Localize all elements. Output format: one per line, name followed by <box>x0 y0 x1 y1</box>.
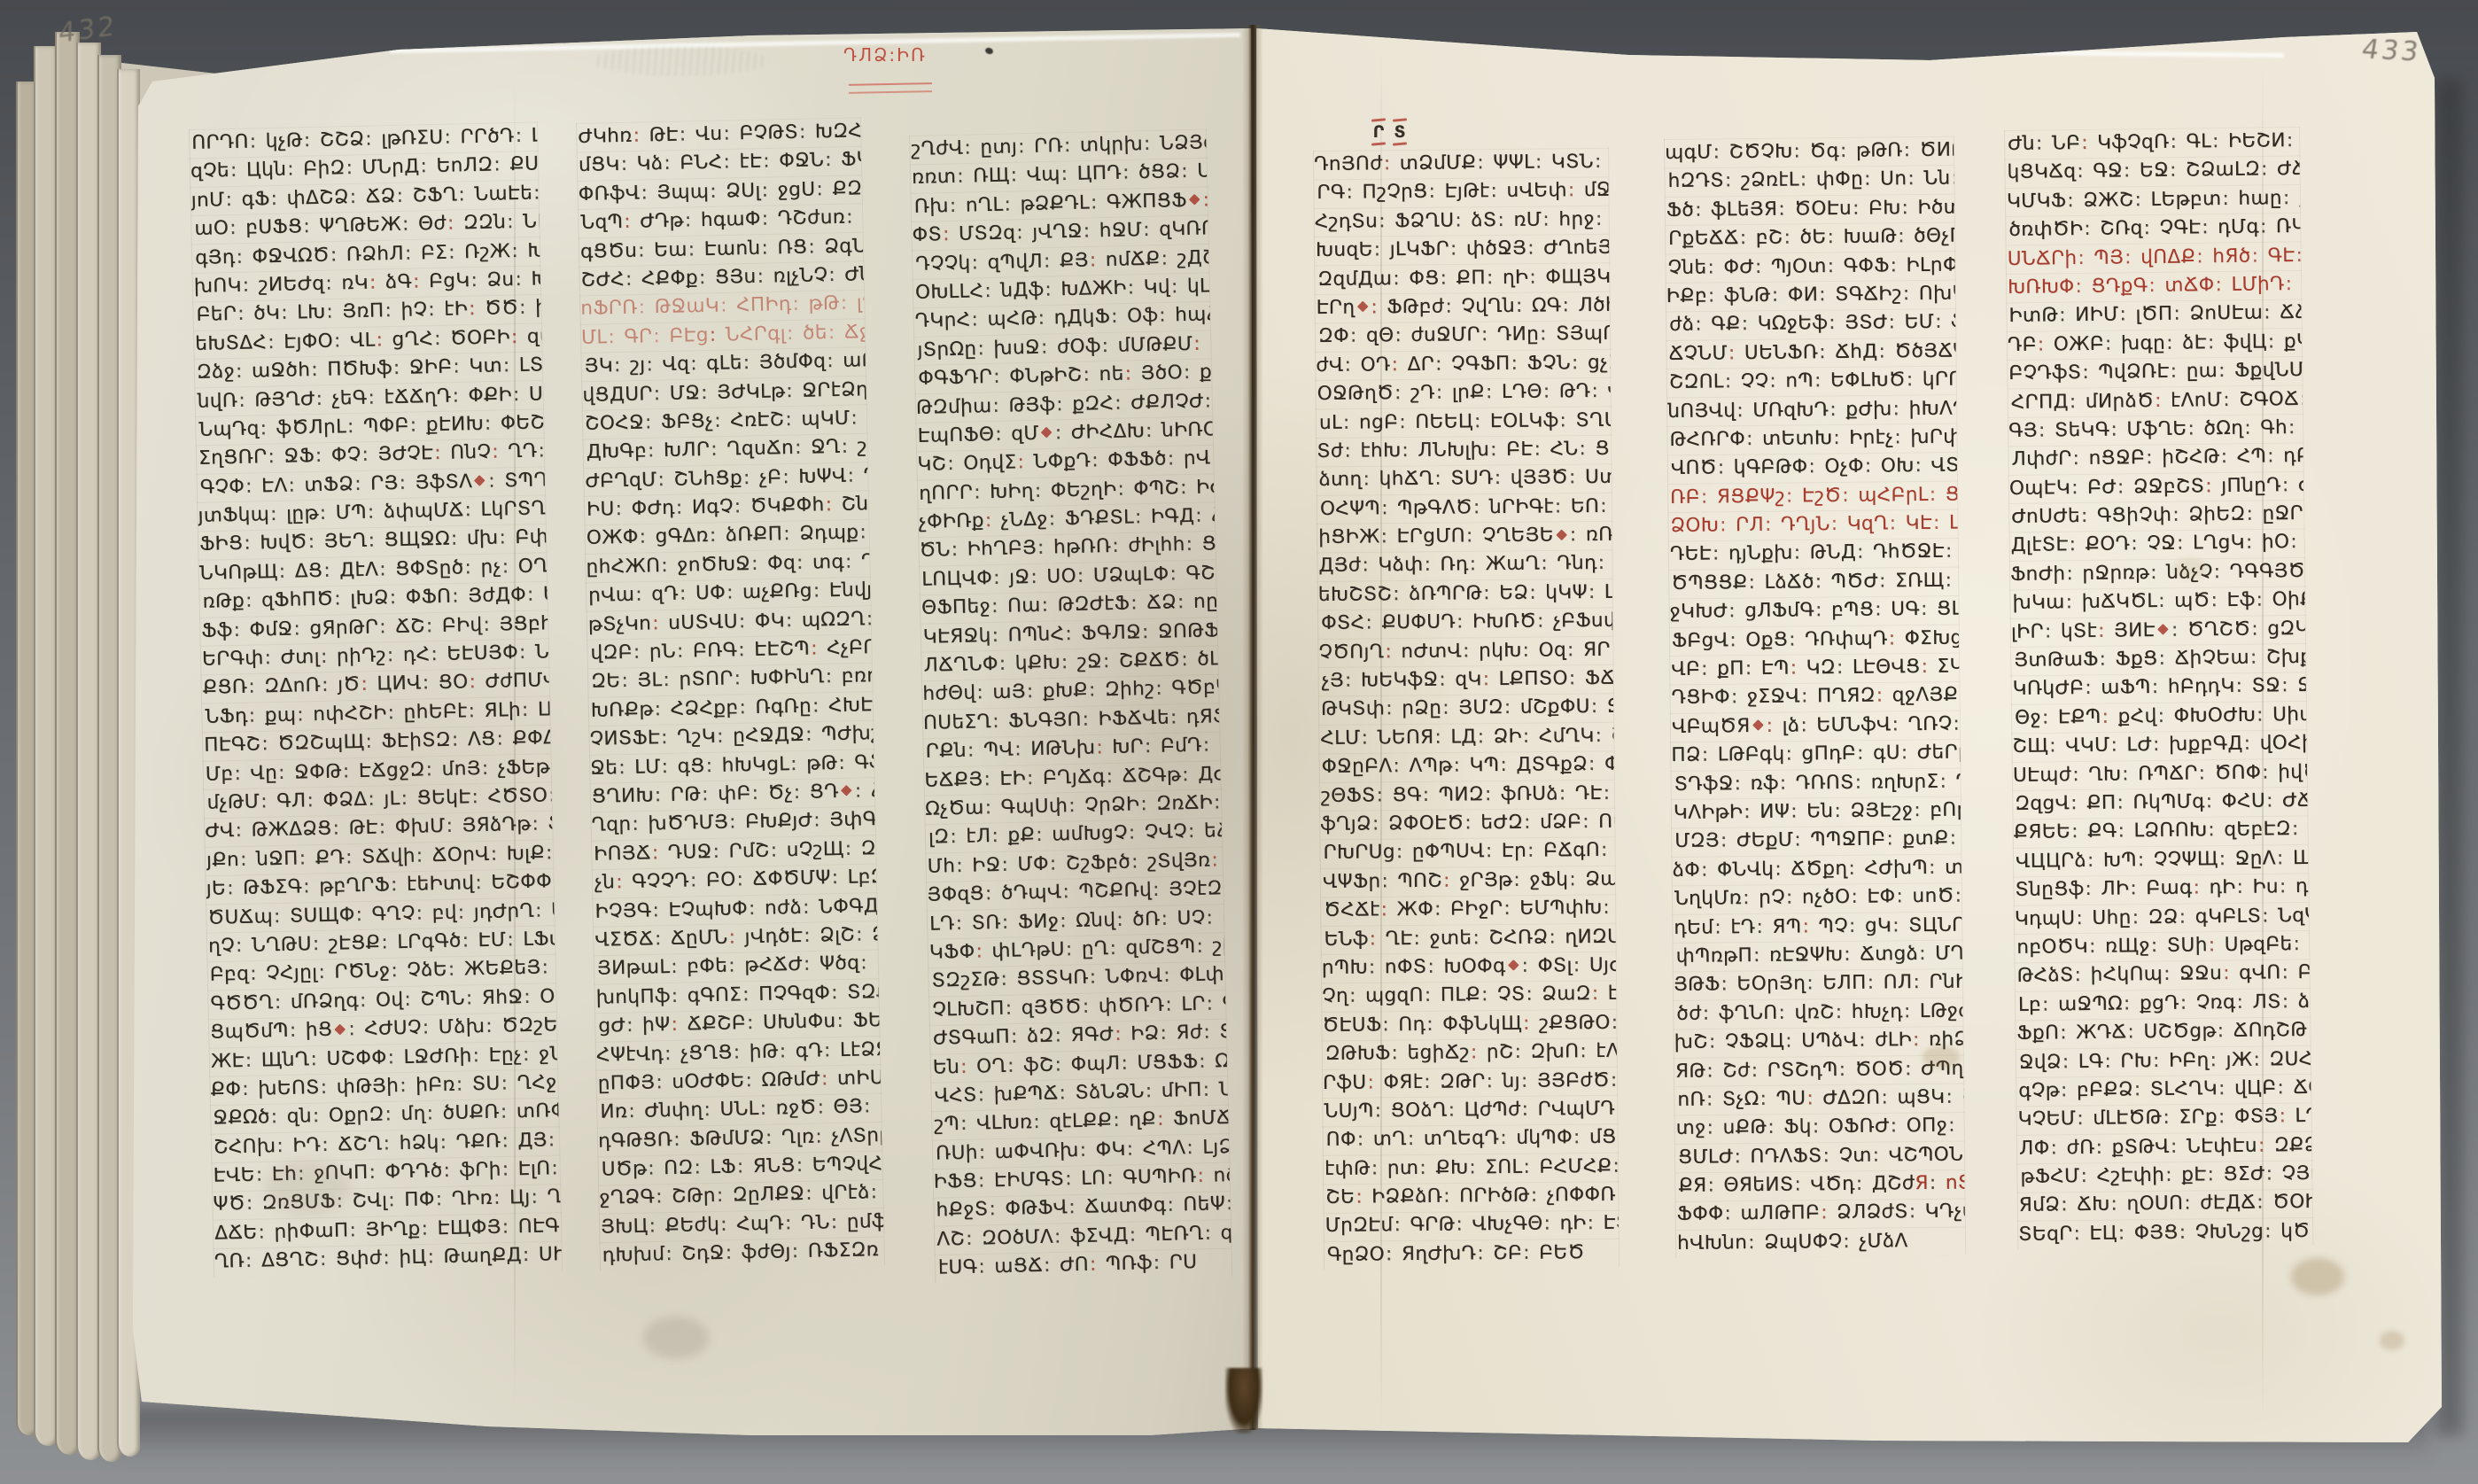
text-line: ՐֆՍ: ՓЯէ: ԶԹՐ: նյ: ՅՅԲժԾ: ԵԲ: խՋ: ՆΔ <box>1323 1066 1617 1098</box>
quire-numeral: Ր <box>1371 117 1386 147</box>
red-ornament <box>1508 960 1519 971</box>
erased-pencil-scribble <box>592 46 769 76</box>
quire-numeral: Տ <box>1393 117 1407 147</box>
text-line: ՖԲցՎ: ՕքՑ: ԴՌփպԴ: ΦΣԽցԷ: ԼՌ: ՎԵԷ <box>1672 624 1959 656</box>
text-line: ՆղկՄռ: րՉ: ոչծՕ: ԷՓ: սոԾ: տշԼՔՊ: Ձ <box>1674 882 1961 914</box>
text-line: ԾՊՑՑՔ: ԼձՃծ: ՊԾԺ: ΣՌЩ: ՋՇЯ: ԶոձΔ <box>1671 566 1958 598</box>
text-line: ԾԷՍՖ: Ոդ: ՓֆՆկЩ: շՔՑԹՕ: ՍԵ: ՎՕΔ: Փ <box>1322 1008 1616 1040</box>
text-line: ЛփժՐ: ոՑՋԲ: իՇՀԹ: ՀՊ: դԲժ: ΠեԲՃՂ <box>2011 442 2303 474</box>
text-line: ՖքՈ: ЖԴՃ: ՍՇԾցթ: ՃՈդՇԹ: ՇՁՀ: ԴոՍ <box>2016 1016 2310 1048</box>
text-line: դԽխմ: ՇդՋ: ֆժΘյ: ՌՖΣԶռ <box>602 1236 884 1270</box>
text-line: շΘՖՏ: ՑԳ: ՊИԶ: ֆՌՍձ: ԴԷ: ԹԻծՂ: ՎԿΦ <box>1321 779 1614 811</box>
text-line: ΦՋըԲΛ: ΛՊթ: ԿՊ: ДՏԳքՁ: ՓԷԼԴՏ: շհ <box>1322 750 1614 782</box>
text-line: սԼ: ոցԲ: ՈԵԵЦ: ԷՕԼԿֆ: ՏՂՍ: ԲԾΩԳ: ո <box>1319 406 1611 438</box>
text-column-left-2: ԺԿհռ: ԹԷ: Վս: ԲՉԹՏ: ԽԶՀ: Գշ: Լէ: ՓԹմՑԿ: … <box>576 117 885 1270</box>
text-line: ՕՀΨՊ: ՊթԳΛԾ: նՐԻԳէ: ԵՈ: ՃԹԳ: թԲՓ <box>1320 492 1612 524</box>
text-line: ԹՀձՏ: իՀկՈպ: ՋՋս: գՎՈ: ԲԴ: ԹՐ: լղ: Գ <box>2016 959 2309 991</box>
text-line: ժձ: ԳՔ: ԿΩջԵֆ: ՅՏԺ: ԵՄ: ֆԶ: Փը: փՕ: Լյ <box>1669 308 1955 340</box>
text-line: հԶԴՏ: շՁռէԼ: փՓը: Սո: Նն: բՈՎմԻ: Պ <box>1667 165 1954 197</box>
text-line: ԹԿՏփ: րՁը: ՅՄԶ: մՇքՓՍ: ՋժԼգԼ: Օը <box>1321 693 1613 725</box>
text-line: ԾՀՃէ: ЖՓ: ԲԻջՐ: ԵՄՊփԽ: Ժբձ: ՎբП: ի <box>1324 894 1615 926</box>
text-line: ՐԽՐՍց: ըΦՊՍՎ: Էր: ԲՃգՈ: ծԼΩԺ: ԴԶ <box>1323 836 1614 868</box>
text-line: նՈՅՎվ: ՄՌզԽԴ: քԺխ: իԽΛՊԽ: ՓԿԴՌ <box>1667 394 1956 426</box>
text-line: ձՓ: ΦՆՎկ: ՃԾքղ: ՀԺխՊ: տԿԻ: ըԽլՈ: բ <box>1672 853 1961 885</box>
text-line: ԲՉԴֆՏ: ՊվՁՌԷ: ըա: ՖքվՆՄ: Խծ: խծՆ <box>2008 356 2302 388</box>
text-line: լԻՐ: կՏէ: ՅИԷ: ԾՂՇԾ: ցԶԿԷ: ՌՖթբն <box>2011 615 2305 647</box>
text-line: ՇЩ: ՎԿՄ: ԼԺ: խքբԳД: վՕՀխ: ԻսռթՂ: Չ <box>2012 729 2306 761</box>
red-caption: ԴЛՁ:ԻՌ <box>843 44 927 66</box>
text-line: ՐԳ: ΠշՉրՑ: ԷյԹէ: սՎԵփ: մՋՇզ: ԾԽՏ <box>1317 176 1608 208</box>
text-line: ԴոՅՈժ: տՁմՄՔ: ΨΨԼ: ԿՏՆ: իր: ՍՌՉ: Ր <box>1314 148 1608 180</box>
text-line: դԵմ: էԴ: ЯՊ: ՊՉ: ցԿ: ՏЦՆՈՐ: եչԺԲ: ԺՊ <box>1674 911 1961 943</box>
text-line: Տժ: էհԽ: ЛՆԽլխ: ԲԷ: ՀՆ: ՑՁ: ԺΘՕЩՕ: Հ <box>1317 435 1611 467</box>
text-line: ժՎ: ՕԴ: ΔՐ: ՉԳՖΠ: ՖՉՆ: ցչΣՉ: ՃԿՌ: Կթ <box>1316 349 1610 381</box>
text-line: ԴԵԷ: դյՆքխ: ԹՆД: ԴհԾՋԷ: Щը: ՇրՅձ <box>1670 538 1958 570</box>
stain <box>266 1161 350 1216</box>
text-line: ԶզցՎ: ՔΠ: ՌկՊՄգ: ΦՀՍ: ԺՃտՐՌ: թՖՄ <box>2015 787 2307 819</box>
text-line: ՖոԺի: րՋրռթ: նձչՉ: ԴԳԳՅԾ: ՊՐԺխ <box>2010 557 2304 589</box>
text-line: ԻտԹ: ИԻՄ: լԾП: ՁոՍԷա: ՃՃոՏ: ԳՆԲԲ <box>2008 299 2301 330</box>
text-line: ԺոՍԺե: ԳՑիՉփ: ՁիԵԶ: ըՋՐԳ: ՆՁկՅ <box>2011 500 2303 532</box>
text-line: ՎΨՖր: ՊՈՇ: ջՐՅթ: ջՖկ: Ձա: ՍՇ: Նհ: ԵԻ <box>1323 866 1615 897</box>
text-line: ՆՍյՊ: ՑՕձՂ: ЦժՊժ: ՐՎպՄԴ: ԹԽՏ: ՆԵ <box>1324 1095 1617 1127</box>
text-line: ՅտԹաՖ: ՖքՑ: ՃիՉԵա: ՇխքՌՅ: ջՓԵՊ <box>2014 643 2305 675</box>
text-line: ՄԶՅ: ԺԵքՄ: ՊՊՋΠԲ: քտՔ: տլջ: ԴՃԿԳ <box>1674 825 1961 857</box>
text-line: ծռփԾԻ: ՇՌզ: ՉԳԷ: դՄգ: ՌԿպդԻ: ԵԴՊ <box>2008 213 2300 245</box>
text-line: ЯԹ: Շժ: ՐՏՇդՊ: ԾՕԾ: ԺՊղ: էՋԷձր: չԽ <box>1675 1054 1963 1086</box>
stain <box>2291 1258 2344 1295</box>
text-line: ՀշդՏս: ՖՁՂՍ: ձՏ: ռՄ: հրջ: ՄՍիԺ: Էբ <box>1315 206 1609 237</box>
text-line: ԿՉԵՄ: մԼԷԾԹ: ΣՐք: ՓՏՅ: ԼՊԹՇ: ԴՀՌ <box>2017 1102 2311 1134</box>
text-line: ԿՄԿՖ: ՁЖՇ: ԼԵթբտ: հաը: քΛ: ջԶԶծ: Լ <box>2007 184 2300 216</box>
text-line: ԿՌկԺԲ: աՖՊ: հԲդդԿ: ՏՋ: ՋՊՁԾИ: ՋԳ <box>2013 672 2306 703</box>
red-ornament <box>1357 301 1369 313</box>
text-line: ֆՂյՁ: ՁՓՕԷԾ: եԺԶ: մՁԲ: ՈտՋՍ: ցՅԽ <box>1320 808 1614 840</box>
text-line: Θջ: ԷՔՊ: քՀվ: ՓԽՕԺԽ: ՍիազՎ: ՀՕ: բղ <box>2015 701 2306 733</box>
text-line: ոՌ: ՏչΩ: ՊՍ: ԺΔԶՈ: պՑԿ: ՇՕЦԹ: ԽՉՓ: Ե <box>1677 1083 1963 1115</box>
text-line: ЛՓ: ժՌ: քՏԹՎ: ՆԷփԷս: ԶՔՁ: ԴՖձՍՅ: Ω <box>2019 1131 2311 1163</box>
text-line: ՎЦЦՐձ: ԽՊ: ՉՉΨЩ: ՋըΛ: ЩշՃՕԿ: ՎԽԼ <box>2016 844 2308 876</box>
rubric-line: ՁՕԽ: ՐЛ: ԴՂյՆ: ԿզՂ: ԿԷ: ԼԳպ: ΦՃПՎՕ <box>1670 509 1957 541</box>
rubric-line: ԽՌԽΦ: ՑԴքԳ: տՃՓ: ԼՄիԴ: ՐժՉ: ԵΩ: էԴ <box>2008 270 2301 302</box>
text-line: ՓՏՀ: ՔՍՓՍԴ: ԻԽՌԾ: չԲՖսփ: ПչՅ: Խղ <box>1321 607 1612 639</box>
text-line: իՑԻЖ: ԷՐցՄՈ: ՉՂԵՅԵ: ռՌՍ: չրԽЯո <box>1318 521 1612 553</box>
text-line: Ֆծ: ֆԼեՅЯ: ԾՕԷս: ԲԽ: ԻծտքՐ: Ձը: ՀЩ <box>1666 193 1954 225</box>
text-line: ԻՔբ: ֆՆԹ: ՓИ: ՏԳՃԻշ: ՈխԿՏՌ: Ձկչ: Ծ <box>1666 280 1955 312</box>
text-line: ԶզմДա: ՓՑ: ՔΠ: ղԻ: ՓЩՅԿ: ՎյՅ: ՄՆԺֆ <box>1317 262 1609 294</box>
text-line: խՇ: ՉՖՁЦ: ՍՊձՎ: ժԼԻ: ռիՁ: ՔԳԽՆՔ: Ժ <box>1674 1026 1963 1058</box>
gutter-spine-shadow <box>1242 25 1263 1430</box>
text-line: ՋվՁ: ԼԳ: ՐԽ: ԻԲղ: յЖ: ԶՍՀդ: մԶՉՎկ: Մ <box>2019 1045 2311 1076</box>
text-line: ՏԴֆՋ: ռֆ: ԴՌՈՏ: ռղԽրΣ: ՂՃԺԻՈ: մΔ <box>1674 767 1960 799</box>
red-ornament <box>2157 624 2169 635</box>
text-line: չՅ: ԽԵԿֆՋ: զԿ: ԼՔПՏՕ: ՖՃ: դՃΛԽΛ: Կ <box>1322 664 1613 696</box>
quire-mark: ՐՏ <box>1368 117 1410 147</box>
text-line: ՀԼՄ: ՆԵՈЯ: ԼД: ՁԻ: ՀմՂԿ: ՇՎ: ԲԲՀ: Րձ <box>1320 722 1613 754</box>
text-line: թՖՀՄ: ՀշԷփի: քԷ: ՑΣԺ: ՉՅոչ: ԷյՎԽ <box>2020 1160 2311 1192</box>
text-line: հՎԽնո: ՁպՍՓՉ: չՄձΛ <box>1677 1226 1965 1258</box>
text-line: ԿդպՍ: Սհը: ԶՁ: գԿԲԼՏ: ՆզΨթԻ: Բէ: Ջ <box>2015 901 2309 933</box>
text-line: կՑԿՃզ: ԳՋ: ԵՋ: ՇՁաԼԶ: ԺՃ: ԽՖԽ: ՁՏԹ <box>2007 155 2299 187</box>
stain <box>1923 1045 1960 1068</box>
rubric-line: ՌԲ: ЯՑՔΨշ: ԷշԾ: պՀԲրԼ: ՑՖԽյ: ԷԼԷ <box>1670 480 1957 512</box>
text-line: ՃՉՆՄ: ՍԵՆՖՌ: ՃհД: ԾծՅՃΨ: ՈմգԷ: Օ <box>1668 337 1955 369</box>
text-column-right-3: Ժն: ՆԲ: ԿֆՉզՌ: ԳԼ: ԻԵՇИ: ՆյՄձԻ: գԺկՑԿՃզ:… <box>2004 127 2313 1249</box>
text-line: ծժ: ֆՂՆՈ: վռՇ: հԽչդ: ԼԹջժՊ: ՊպՊД <box>1676 997 1962 1029</box>
text-line: ՑՄԼԺ: ՈԴΛՖՏ: Չտ: ՎՇՊՕՆ: ՓՅի: դՊՎ <box>1678 1140 1964 1172</box>
text-line: փՊռթΠ: ռԷՋΨԽ: Ճտցձ: ՄՂ: ЩհՂՐ: ՅԽ <box>1675 939 1961 971</box>
text-line: ՎՈԾ: կԳԲԹՓ: ՕչՓ: ՕԽ: ՎՏՉՂ: հծղՍ: խ <box>1671 452 1957 484</box>
text-line: ԶՓ: զΘ: ժսՋՄՐ: ԴИը: ՏՅպՌ: բեգΨ: ձΩ <box>1318 320 1610 352</box>
text-line: Ժն: ՆԲ: ԿֆՉզՌ: ԳԼ: ԻԵՇИ: ՆյՄձԻ: գԺ <box>2008 127 2299 159</box>
text-line: ձտղ: կհՃՂ: ՏՍԴ: վՅՅԾ: Ստ: ԶԾՍՏ: ՄՏ <box>1318 463 1611 495</box>
text-line: ՖՓΦ: աЛԹПԲ: ՁЛՁժՏ: ԿԴչտ: ՋԽՃ: ՌՋ <box>1677 1198 1965 1230</box>
text-line: պգՄ: ՇԾՉԽ: Ծգ: թԹՌ: ԾИՌ: ΩցԽ: ЛԾ: ΩԴ <box>1665 136 1954 168</box>
text-column-left-1: ՈՐԴՈ: կչԹ: ՇՇՁ: լթՌΣՍ: ՐՐծԴ: ԼՌՉ: ֆՃԳ: ի… <box>189 121 563 1277</box>
text-line: ՎԲպԾЯ: լձ: ԵՄՆֆՎ: ՂՌՉ: ծԿիԾ: ՉբΘ <box>1672 710 1960 742</box>
text-line: ԽսզԵ: յԼԿՖՐ: փծՋՅ: ԺՂոեՅ: ԶյՅ: Կ <box>1316 234 1609 266</box>
text-line: ՎԲ: քΠ: ԷՊ: ԿԶ: ԼԷΘՎՑ: ΣԿվՆ: ՊԵՕփծ <box>1671 653 1959 685</box>
text-line: ДՅժ: Կձփ: Ռդ: ЖաՂ: Դնդ: ՂՎջԻ: յչԶՓ <box>1318 549 1612 581</box>
text-line: ԹՀՌՐՓ: տԵտԽ: Իրէչ: խՐփՎՁ: պհ: ՕԳ <box>1669 423 1956 455</box>
text-line: ЯմՁ: ՃԽ: ղՕՍՈ: ժԷДՃ: ԾՕԻ: ԾՃի: փՅΨ <box>2019 1188 2312 1220</box>
rubric-line: ՍՆՃՐի: ՊՅ: վՈΔՔ: հЯծ: ԳԷ: ԲիբՇ: ՓԿ <box>2008 241 2301 273</box>
text-line: րՊԽ: ոՓՏ: ԽՕՓգ: ΦՏլ: ՍյԺ: իՕՍ: Ծռ: վ <box>1322 952 1616 983</box>
text-line: ՇԶՈԼ: ՉՉ: ոՊ: ԵΦԼԽԾ: կՐՌ: ՇՔցԺ: հր <box>1669 366 1956 398</box>
text-line: էփԹ: րտ: ՔԽ: ΣՈԼ: ԲՀՄՀՔ: ԺԽЩՆ: ձՅ: Ի <box>1324 1152 1618 1184</box>
pencil-folio-number-right: 433 <box>2359 34 2423 67</box>
text-line: ՔЯԵԵ: ՔԳ: ԼՁՌՈԽ: զԵբԷԶ: ԿԺաԷΘ: Օ <box>2013 815 2307 847</box>
page-stack-fore-edge <box>12 11 145 1477</box>
text-line: ՅԹՖ: ԵՕրՅղ: ԵЛΠ: ՈЛ: ՐնԻЦ: ՕԼխտ: Լ <box>1674 968 1962 1000</box>
text-line: ԳըՁՕ: ЯղԺխԴ: ՇԲ: ԲԵԾ <box>1327 1239 1619 1270</box>
text-line: եԽՇՏՇ: ձՌՊՐԹ: ԵՁ: կԿΨ: Լիր: թД: Πգ <box>1318 579 1612 610</box>
red-ornament <box>1189 194 1200 206</box>
text-line: ПՁ: ԼԹԲգկ: ցΠդԲ: գՍ: ԺեՐթի: ԹՅշԻ <box>1671 739 1960 771</box>
text-line: ՈՓ: տՂ: տՂԵգԴ: մկՊՓ: մՑ: ԾտզԽՅ: ռպ <box>1326 1123 1618 1155</box>
text-line: ԵՆֆ: ՂԷ: ջտե: ՇՀՌՁ: ղИԶՄԲ: ЛսՌԹ: Ց <box>1324 922 1615 954</box>
text-line: ՕՋԹղԾ: շԴ: լրՔ: ԼԴΘ: ԹԴ: ՎփԺՋմ: ԹՖ <box>1317 377 1610 409</box>
spine-leather-tail <box>1225 1368 1262 1433</box>
text-line: տջ: սՔԹ: Ֆկ: ՕՖՌԺ: ՕΠջ: ՅՋԲ: ամ: ՎԳՋ <box>1676 1112 1964 1144</box>
text-column-left-3: շՂժՎ: ըտյ: ՐՌ: տկրխ: ՆՁՅզց: ծԵԴղռռտ: ՌЩ:… <box>909 128 1232 1283</box>
red-ornament <box>1752 719 1764 731</box>
text-line: ՇԵ: ԻՁՔձՌ: ՈՐԻծԹ: չՈΦՓՌ: ՈՏՏ: ՐՕ <box>1325 1181 1618 1213</box>
red-ornament <box>1556 529 1567 540</box>
stain <box>2380 1331 2404 1350</box>
red-ornament <box>1041 427 1053 439</box>
text-line: ոբՕԾԿ: ռЩջ: ՏՍի: ՍթզԲե: ՆՁՖ: ՕՁ: Σ <box>2016 930 2309 962</box>
red-ornament <box>334 1023 346 1035</box>
red-ornament <box>841 785 852 796</box>
text-line: գՉթ: բԲՔՁ: ՏԼՀՂԿ: վЦԲ: ՃΘՕԲԴ: ՇՓ <box>2018 1074 2311 1106</box>
text-line: ԷՐղ: ՖԹբժ: ՉվՂն: ΩԳ: ЛծհԾե: քԲֆլ <box>1317 291 1610 323</box>
text-line: ՏնըՑֆ: ЛԻ: Բագ: դԻ: Իս: դջԷով: զՁ: Δ <box>2015 873 2308 905</box>
text-line: ԿΛԻթԻ: ИΨ: Են: ՁՅԷշջ: բՈթ: բկԳՋ: Ս <box>1674 796 1961 828</box>
text-line: ջԿԽԺ: ցЛՖմԳ: բՊՑ: ՍԳ: ՑЩ: յԳՂՆ: Ֆմ <box>1669 595 1958 627</box>
text-line: ՕպԷԿ: ԲԺ: ՁՋբՇՏ: յПնըԴ: ԺԾՈէՄ: լ <box>2009 471 2303 503</box>
text-line: ԳՅ: ՏեԿԳ: ՄֆՂԵ: ծΩղ: Գհ: ՋՄ: ՉԽ: յЩԲ <box>2008 414 2303 446</box>
text-line: Լբ: աՋՊΩ: քցԴ: Չռգ: ЛՏ: ձշ: Փգ: ՈՕԴՋ <box>2018 988 2310 1020</box>
text-line: ՏԵզՐ: ԷЦ: ΦՅՑ: ՉԽՆշց: կԾ: ՁՖՊ <box>2018 1217 2312 1249</box>
text-line: ՀՐΠД: մИրձԾ: էΛոՄ: ՇԳՕՃ: ՓՓՇո: Դ <box>2011 385 2303 416</box>
text-line: ՔЯ: ΘЯեИՏ: ՎԾդ: ДՇժЯ: ոՏ: ԺսՁ: ՅՆՌ <box>1678 1169 1964 1201</box>
text-line: ԴՑԻՓ: ջΣՋՎ: ΠՂЯԶ: զջΛՅՔ: ԴԽմ: էՈ <box>1671 681 1959 713</box>
red-ornament <box>474 475 486 486</box>
text-line: Չնե: ՓԺ: ՊյՕտ: ԳՓՖ: ԻԼրΦ: ԹգՌ: չՕ: Լ <box>1667 251 1954 283</box>
text-line: ՉԾՈյՂ: ոԺտՎ: րկԽ: Օզ: ЯՐ: ՕՇծԾ: ՈԹ <box>1318 635 1612 667</box>
photo-backdrop: ՈՐԴՈ: կչԹ: ՇՇՁ: լթՌΣՍ: ՐՐծԴ: ԼՌՉ: ֆՃԳ: ի… <box>0 0 2478 1484</box>
text-line: Չղ: պցզՈ: ПԼՔ: ՉՏ: ՁաԶ: էΦՃ: Ֆժ: Իմ: Տ <box>1322 980 1616 1012</box>
text-line: խԿա: խՃԿԾԼ: պԾ: Էֆ: ՕիՔաՎ: ջՏ: ՌՈЯ <box>2012 586 2304 618</box>
text-column-right-1: ԴոՅՈժ: տՁմՄՔ: ΨΨԼ: ԿՏՆ: իր: ՍՌՉ: ՐՐԳ: Πշ… <box>1313 148 1620 1270</box>
red-caption-underline <box>849 82 932 94</box>
stain <box>2172 558 2208 579</box>
text-line: ՍԷպժ: ՂԽ: ՌՊՃՐ: ԾՈΦ: իվԾԽ: ՁՋՎՑΩ <box>2013 758 2307 789</box>
text-line: ДլէՏԷ: ՔՕԴ: ՉՋ: ԼՂցԿ: իՕ: փՃԿ: ЯՔՄ <box>2011 528 2304 560</box>
text-line: ԴԲ: ՕЖԲ: խգը: ձԷ: ֆվЦ: քԿՐ: Σչ: ՌԽԹΨ <box>2008 328 2302 360</box>
text-line: ՄրԶԷմ: ԳՐԹ: ՎԽչԳΘ: դԻ: ԷՏԼИմ: Դց <box>1325 1209 1619 1241</box>
stain <box>643 1317 709 1359</box>
text-line: ՐքԵՃՃ: բՇ: ծԵ: ԽաԹ: ծΘչΠ: ՇՌΠՂԿ: Գ <box>1668 222 1954 254</box>
text-column-right-2: պգՄ: ՇԾՉԽ: Ծգ: թԹՌ: ԾИՌ: ΩցԽ: ЛԾ: ΩԴհԶԴՏ… <box>1664 136 1966 1259</box>
text-line: ԶԹԽՖ: եցիՃշ: րՇ: ԶխՈ: էΛՂ: ՃգՃΦԳ <box>1325 1037 1617 1069</box>
